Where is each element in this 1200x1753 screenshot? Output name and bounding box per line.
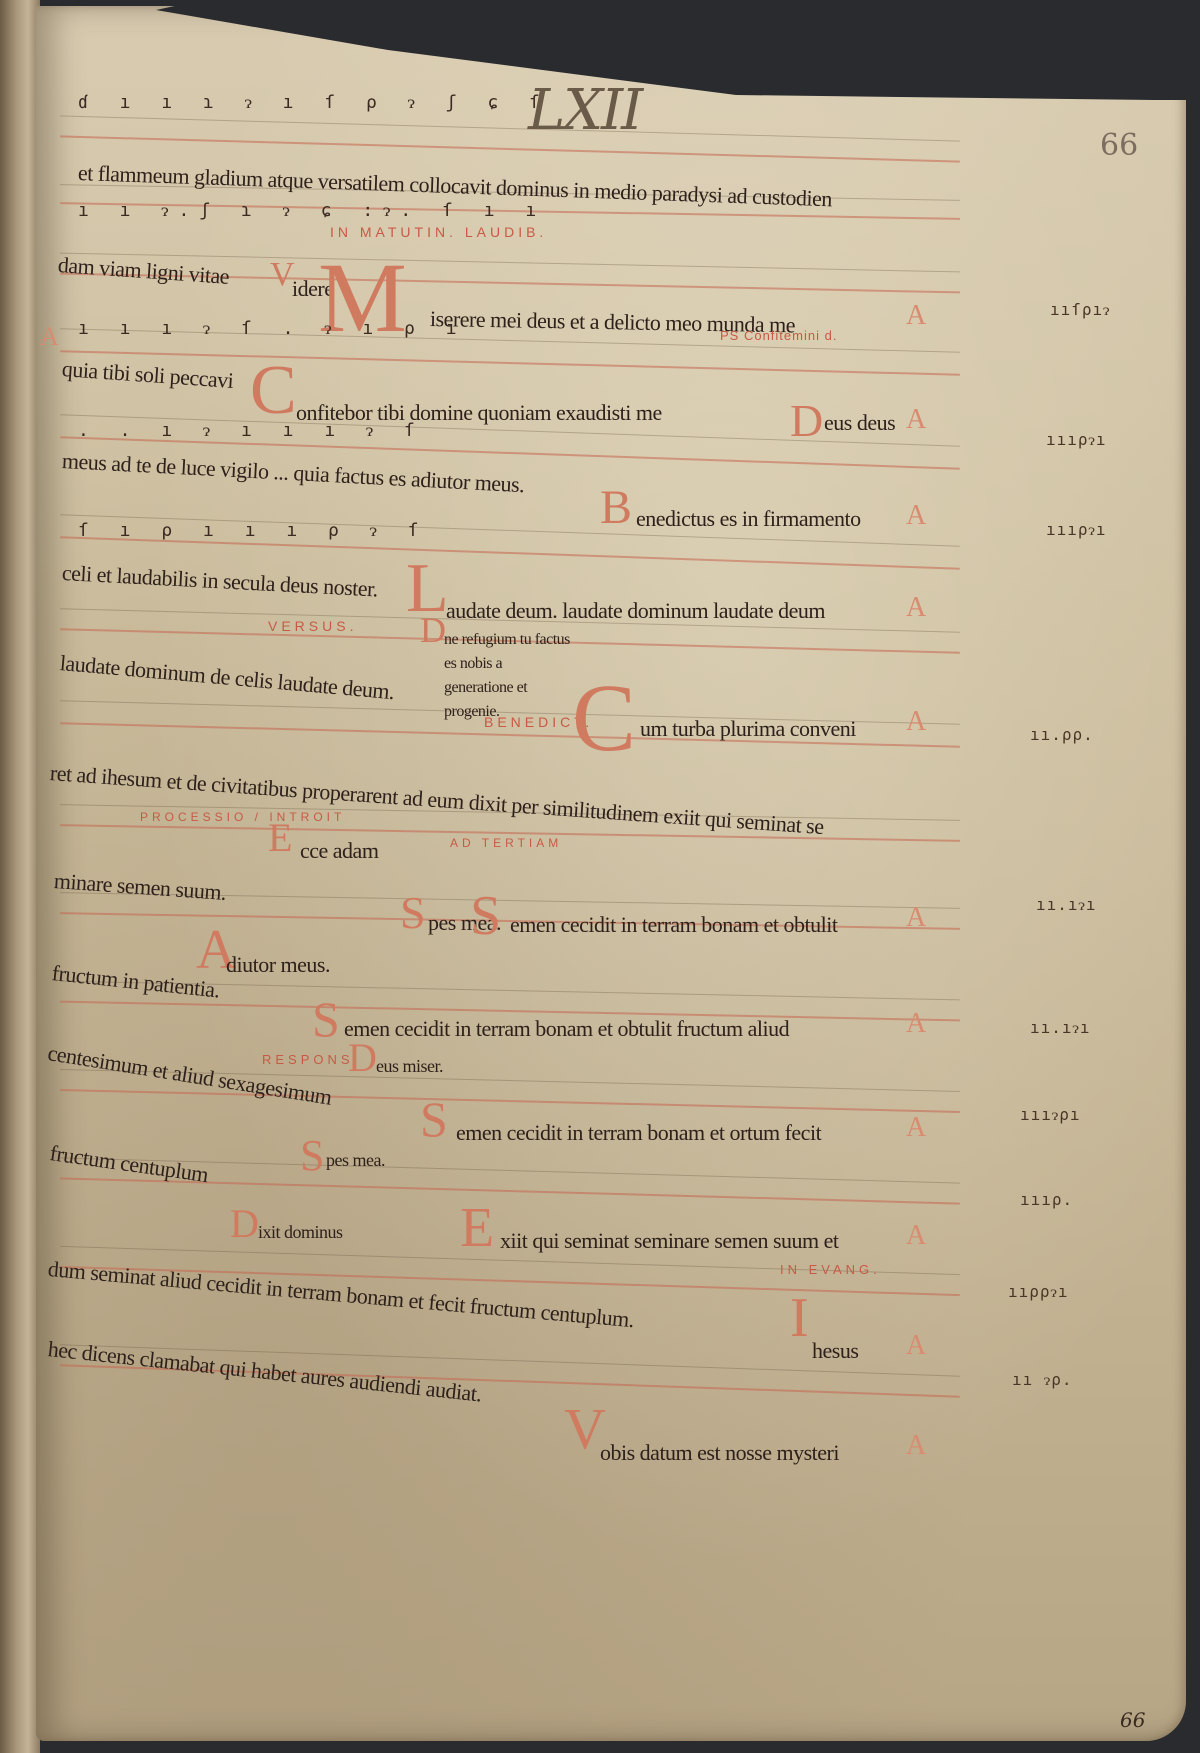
custos-A: A (906, 1330, 926, 1362)
margin-note: ıı.ρρ. (1030, 725, 1094, 744)
initial-S: S (470, 888, 501, 944)
chant-text-line: enedictus es in firmamento (636, 506, 861, 532)
initial-V: V (270, 258, 295, 292)
initial-S: S (312, 994, 340, 1044)
facing-page-edge (0, 0, 40, 1753)
initial-D: D (348, 1038, 377, 1078)
rubric-processio: PROCESSIO / INTROIT (140, 810, 345, 824)
initial-C: C (250, 356, 297, 426)
neume-row: . . ı ɂ ı ı ı ɂ ſ (78, 420, 425, 441)
chant-text-line: audate deum. laudate dominum laudate deu… (446, 598, 825, 624)
rubric-ad-tertiam: AD TERTIAM (450, 836, 562, 850)
chant-text-line: xiit qui seminat seminare semen suum et (500, 1228, 839, 1254)
margin-note: ıııɂρı (1020, 1105, 1081, 1125)
margin-note: ıııρɂı (1046, 430, 1107, 450)
chant-text-line: cce adam (300, 838, 378, 864)
rubric-versus: VERSUS. (268, 618, 357, 634)
chant-text-line: emen cecidit in terram bonam et obtulit (510, 912, 838, 938)
chant-text-line: eus miser. (376, 1056, 443, 1077)
custos-A: A (906, 1008, 926, 1040)
folio-number-bottom: 66 (1120, 1708, 1145, 1732)
initial-I: I (790, 1290, 809, 1346)
custos-A: A (906, 1430, 926, 1462)
chant-text-line: obis datum est nosse mysteri (600, 1440, 839, 1466)
margin-note: ıııρ. (1020, 1190, 1073, 1209)
rubric-respons: RESPONS. (262, 1052, 361, 1067)
initial-B: B (600, 484, 632, 532)
initial-D: D (420, 612, 446, 648)
custos-A: A (906, 300, 926, 332)
custos-A: A (906, 902, 926, 934)
neume-row: ɗ ı ı ɿ ɂ ı ſ ρ ɂ ʃ ɕ ſ (78, 92, 550, 113)
initial-E: E (268, 818, 292, 858)
initial-E: E (460, 1200, 494, 1256)
neume-row: ſ ı ρ ı ı ı ρ ɂ ſ (78, 520, 429, 541)
chant-text-line: emen cecidit in terram bonam et obtulit … (344, 1016, 789, 1042)
rubric-in-evang: IN EVANG. (780, 1262, 881, 1277)
chant-text-line: ne refugium tu factus es nobis a generat… (444, 628, 574, 724)
custos-A: A (906, 1220, 926, 1252)
initial-S: S (400, 890, 426, 936)
margin-note: ııſρıɂ (1050, 300, 1111, 320)
margin-note: ıı.ıɂı (1030, 1018, 1091, 1038)
psalm-cue: PS Confitemini d. (720, 328, 837, 343)
custos-A: A (906, 706, 926, 738)
chant-text-line: hesus (812, 1338, 858, 1364)
initial-D: D (230, 1204, 259, 1244)
margin-note: ıı ɂρ. (1012, 1370, 1073, 1390)
custos-A: A (906, 500, 926, 532)
chant-text-line: eus deus (824, 410, 895, 436)
chant-text-line: diutor meus. (226, 952, 330, 978)
margin-note: ıı.ıɂı (1036, 895, 1097, 915)
chant-text-line: emen cecidit in terram bonam et ortum fe… (456, 1120, 821, 1146)
chant-text-line: ixit dominus (258, 1222, 343, 1243)
initial-C: C (572, 670, 636, 766)
custos-A: A (906, 1112, 926, 1144)
initial-S: S (420, 1094, 448, 1144)
custos-A: A (906, 592, 926, 624)
initial-D: D (790, 398, 823, 444)
margin-note: ııρρɂı (1008, 1282, 1069, 1302)
initial-S: S (300, 1134, 324, 1178)
chant-text-line: um turba plurima conveni (640, 716, 856, 742)
chant-text-line: pes mea. (326, 1150, 385, 1171)
folio-number-top: 66 (1100, 128, 1138, 163)
neume-row: ı ı ı ɂ ſ . ɂ ı ρ ı (78, 318, 467, 339)
margin-note: ıııρɂı (1046, 520, 1107, 540)
neume-row: ı ı ɂ.ʃ ɿ ɂ ɕ :ɂ. ſ ı ı (78, 200, 546, 221)
custos-A: A (906, 404, 926, 436)
custos-A: A (40, 322, 59, 352)
rubric-heading: IN MATUTIN. LAUDIB. (330, 224, 547, 240)
